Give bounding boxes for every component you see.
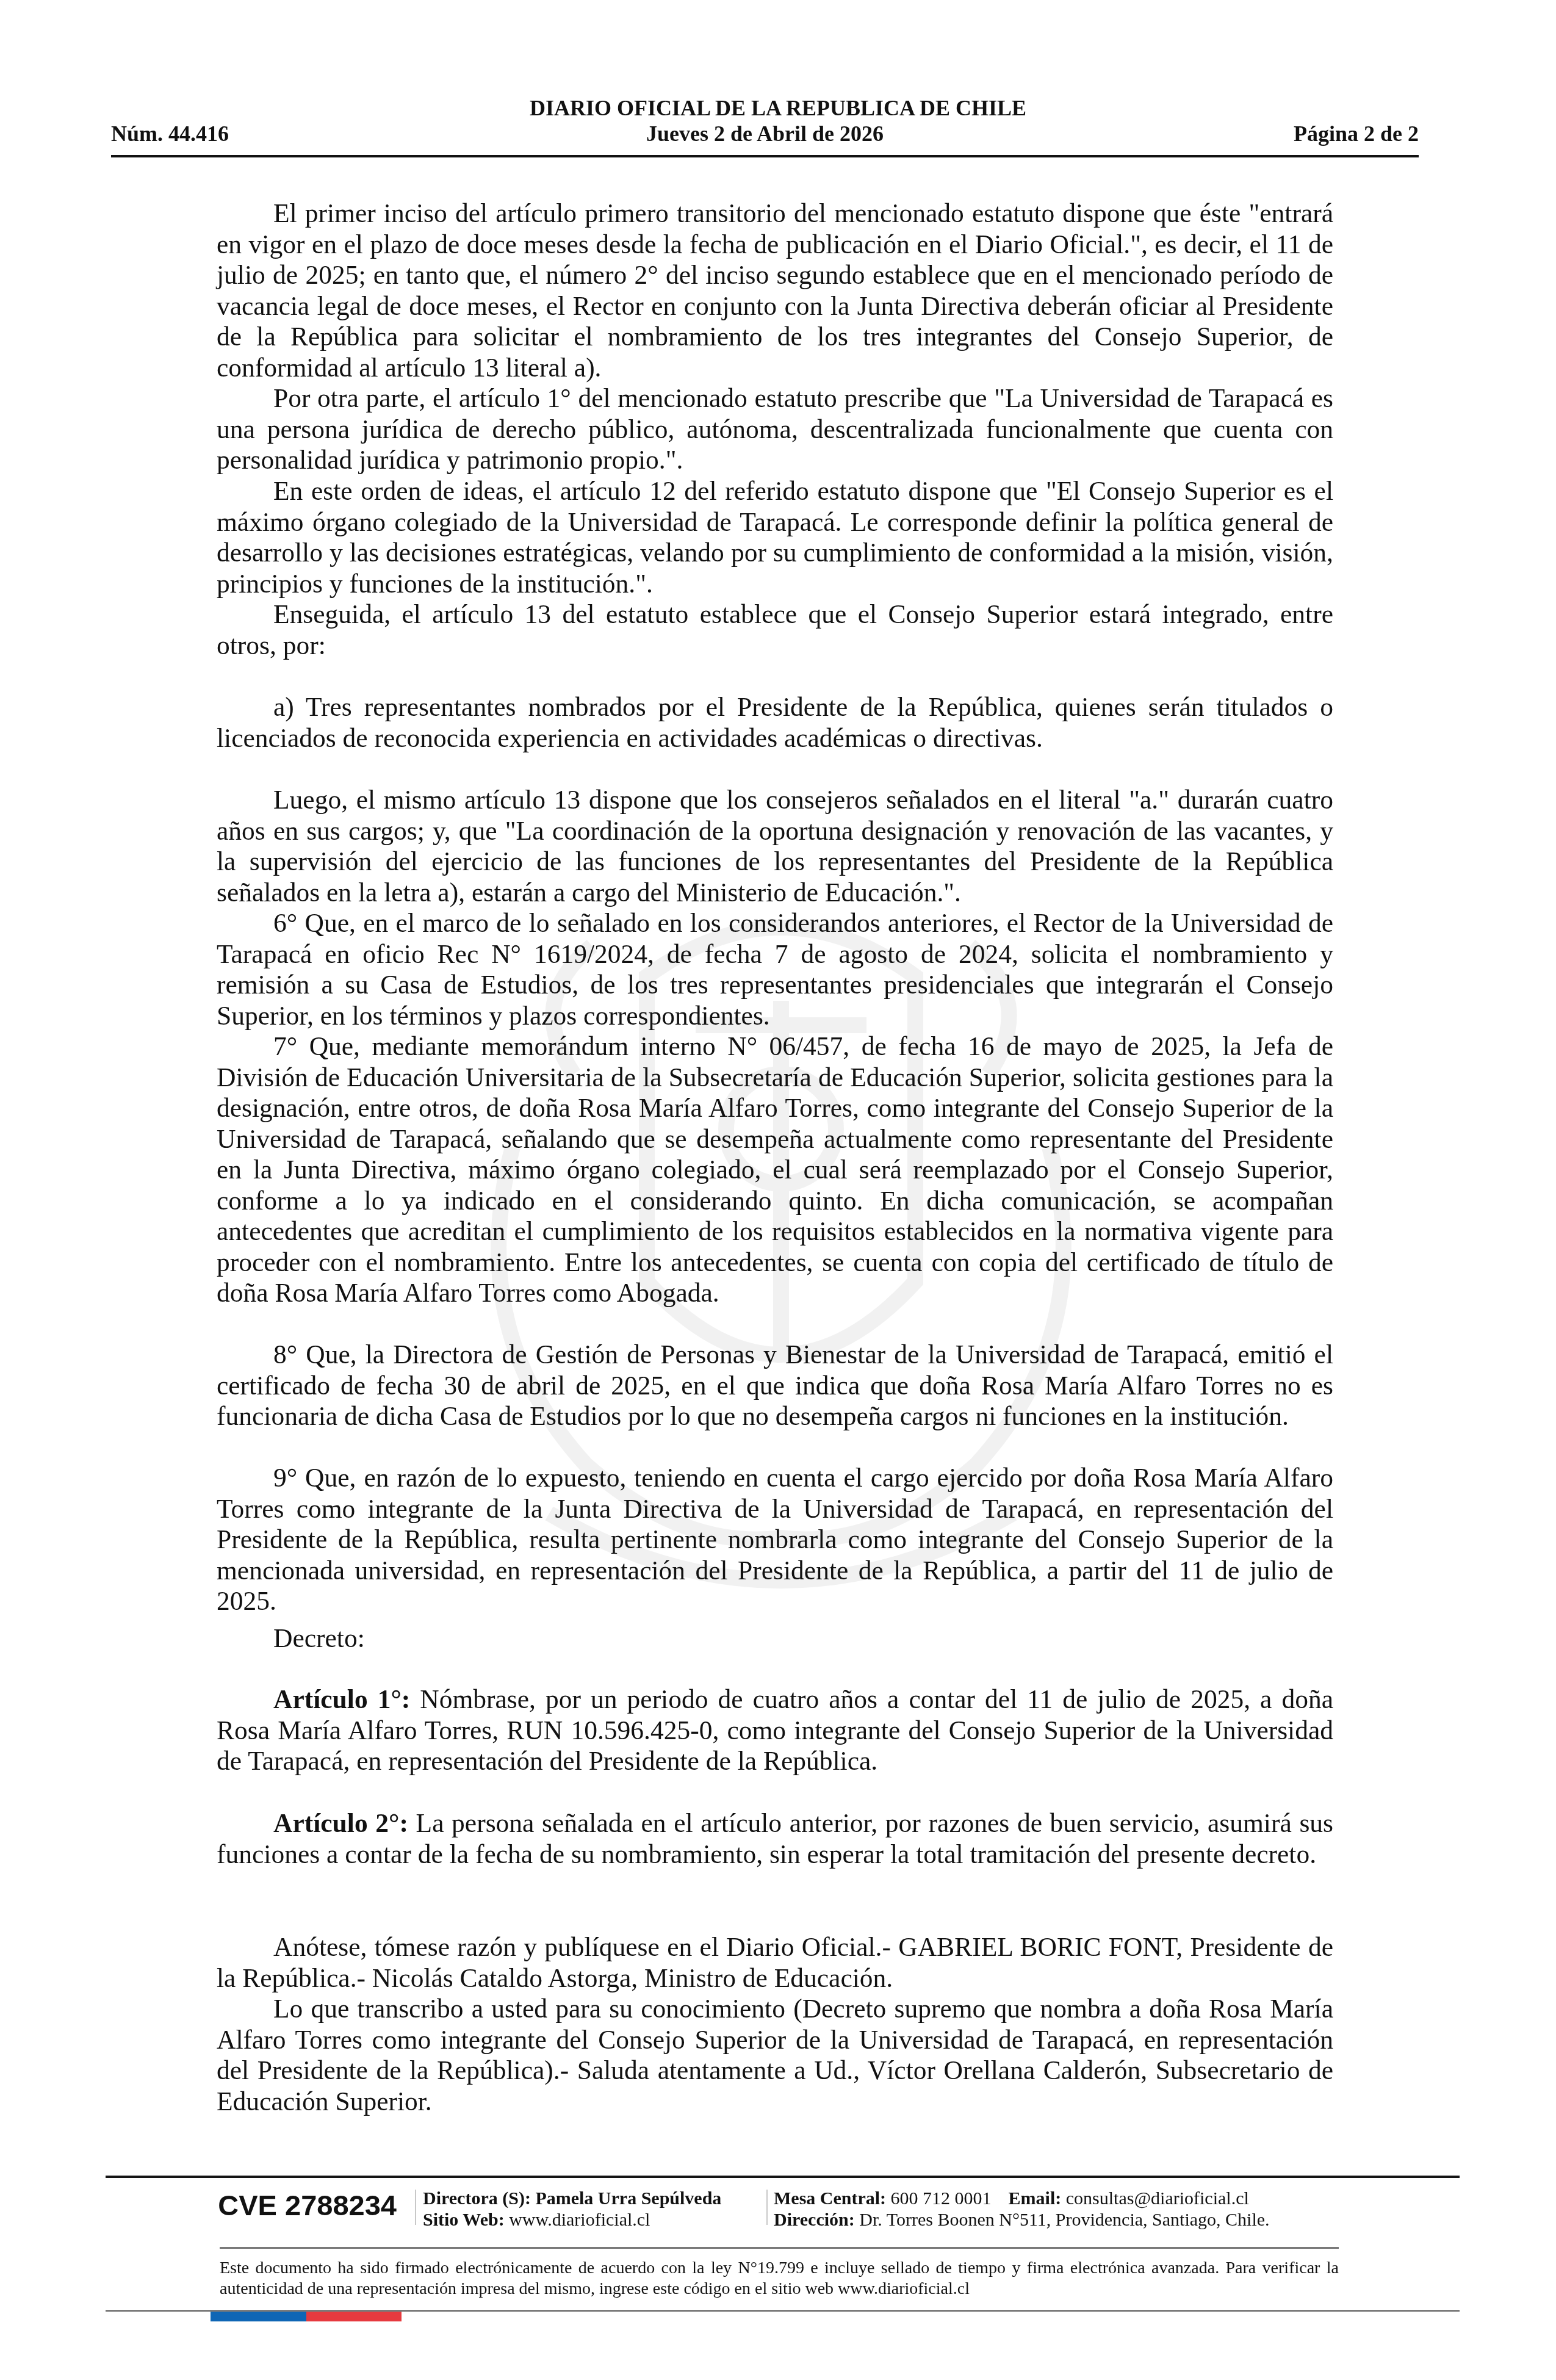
footer-divider-top xyxy=(106,2176,1460,2178)
page-indicator: Página 2 de 2 xyxy=(1294,121,1419,146)
footer-divider-middle xyxy=(220,2247,1339,2249)
electronic-signature-notice: Este documento ha sido firmado electróni… xyxy=(220,2258,1339,2299)
mesa-label: Mesa Central: xyxy=(774,2188,886,2209)
email-link[interactable]: consultas@diarioficial.cl xyxy=(1061,2188,1249,2209)
paragraph-considerando-9: 9° Que, en razón de lo expuesto, teniend… xyxy=(217,1463,1333,1617)
issue-date: Jueves 2 de Abril de 2026 xyxy=(111,121,1419,146)
paragraph-articulo-13: Enseguida, el artículo 13 del estatuto e… xyxy=(217,599,1333,661)
sitio-web-link[interactable]: www.diarioficial.cl xyxy=(505,2210,650,2230)
direccion-label: Dirección: xyxy=(774,2210,855,2230)
paragraph-estatuto-transitorio: El primer inciso del artículo primero tr… xyxy=(217,198,1333,383)
flag-stripe-blue xyxy=(211,2312,306,2321)
article-1-label: Artículo 1°: xyxy=(273,1685,410,1714)
directora-value: Pamela Urra Sepúlveda xyxy=(531,2188,721,2209)
paragraph-considerando-8: 8° Que, la Directora de Gestión de Perso… xyxy=(217,1340,1333,1432)
footer-separator xyxy=(766,2190,768,2225)
paragraph-considerando-6: 6° Que, en el marco de lo señalado en lo… xyxy=(217,908,1333,1031)
article-2: Artículo 2°: La persona señalada en el a… xyxy=(217,1808,1333,1870)
article-1: Artículo 1°: Nómbrase, por un periodo de… xyxy=(217,1684,1333,1777)
decreto-label: Decreto: xyxy=(217,1623,1333,1654)
header-divider xyxy=(111,155,1419,157)
direccion-value: Dr. Torres Boonen N°511, Providencia, Sa… xyxy=(855,2210,1270,2230)
header-meta-row: Núm. 44.416 Jueves 2 de Abril de 2026 Pá… xyxy=(111,121,1419,146)
footer-directora-block: Directora (S): Pamela Urra Sepúlveda Sit… xyxy=(423,2188,721,2230)
email-label: Email: xyxy=(1009,2188,1062,2209)
paragraph-luego: Luego, el mismo artículo 13 dispone que … xyxy=(217,785,1333,908)
paragraph-literal-a: a) Tres representantes nombrados por el … xyxy=(217,692,1333,754)
directora-label: Directora (S): xyxy=(423,2188,531,2209)
flag-stripe-red xyxy=(306,2312,402,2321)
footer-contact-block: Mesa Central: 600 712 0001Email: consult… xyxy=(774,2188,1270,2230)
paragraph-considerando-7: 7° Que, mediante memorándum interno N° 0… xyxy=(217,1031,1333,1309)
cve-code: CVE 2788234 xyxy=(201,2188,397,2223)
paragraph-articulo-12: En este orden de ideas, el artículo 12 d… xyxy=(217,476,1333,599)
footer-separator xyxy=(415,2190,416,2225)
closing-anotese: Anótese, tómese razón y publíquese en el… xyxy=(217,1932,1333,1994)
article-2-label: Artículo 2°: xyxy=(273,1809,408,1838)
sitio-label: Sitio Web: xyxy=(423,2210,505,2230)
paragraph-articulo-1: Por otra parte, el artículo 1° del menci… xyxy=(217,383,1333,476)
closing-transcribo: Lo que transcribo a usted para su conoci… xyxy=(217,1994,1333,2117)
mesa-value: 600 712 0001 xyxy=(886,2188,992,2209)
publication-title: DIARIO OFICIAL DE LA REPUBLICA DE CHILE xyxy=(0,96,1556,120)
